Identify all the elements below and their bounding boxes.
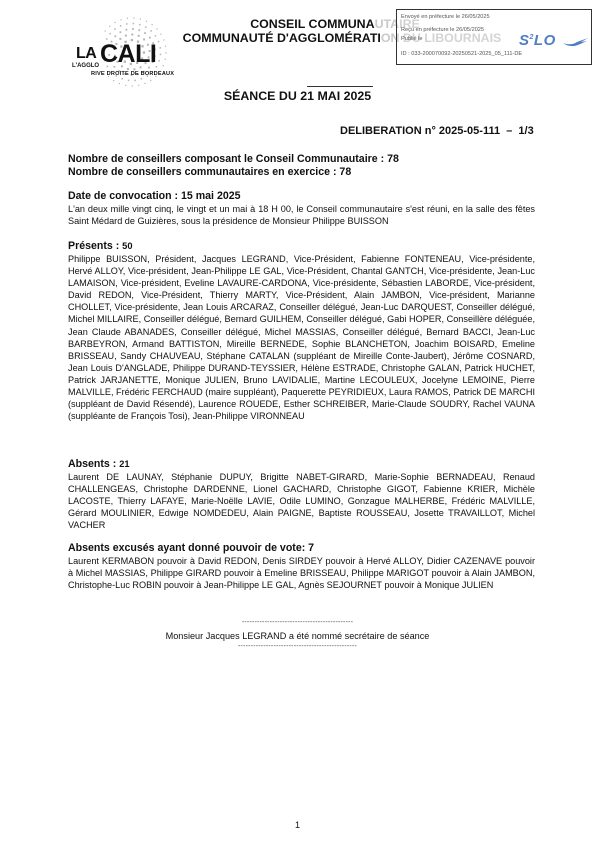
absents-list: Laurent DE LAUNAY, Stéphanie DUPUY, Brig… — [68, 471, 535, 531]
separator-bottom: ----------------------------------------… — [0, 643, 595, 650]
presents-heading: Présents : 50 — [68, 240, 133, 252]
presents-label: Présents : — [68, 240, 122, 252]
deliberation-number: DELIBERATION n° 2025-05-111 – 1/3 — [340, 125, 534, 137]
count-composant: Nombre de conseillers composant le Conse… — [68, 153, 399, 165]
presents-count: 50 — [122, 241, 132, 251]
stamp-published: Publié le — [401, 36, 422, 42]
excuses-list: Laurent KERMABON pouvoir à David REDON, … — [68, 555, 535, 591]
page-number: 1 — [0, 820, 595, 830]
separator-top: ----------------------------------------… — [0, 619, 595, 626]
header-line2-text: COMMUNAUTÉ D'AGGLOMÉRATI — [183, 31, 381, 45]
logo-la: LA — [76, 45, 96, 63]
presents-list: Philippe BUISSON, Président, Jacques LEG… — [68, 253, 535, 422]
stamp-sent: Envoyé en préfecture le 26/05/2025 — [401, 14, 490, 20]
logo-tagline: RIVE DROITE DE BORDEAUX — [91, 71, 174, 77]
absents-count: 21 — [119, 459, 129, 469]
secretary-text: Monsieur Jacques LEGRAND a été nommé sec… — [0, 631, 595, 641]
seance-title: SÉANCE DU 21 MAI 2025 — [0, 89, 595, 103]
absents-heading: Absents : 21 — [68, 458, 130, 470]
header-line1-text: CONSEIL COMMUNA — [250, 17, 374, 31]
la-cali-logo: LA CALI L'AGGLO RIVE DROITE DE BORDEAUX — [66, 12, 176, 88]
s2low-logo: S2LO — [519, 32, 556, 49]
convocation-heading: Date de convocation : 15 mai 2025 — [68, 190, 241, 202]
s2low-wing-icon — [563, 37, 589, 47]
stamp-received: Reçu en préfecture le 26/05/2025 — [401, 27, 484, 33]
logo-agglo: L'AGGLO — [72, 63, 99, 69]
title-rule — [307, 86, 373, 87]
excuses-heading: Absents excusés ayant donné pouvoir de v… — [68, 542, 314, 554]
stamp-id: ID : 033-200070092-20250521-2025_05_111-… — [401, 51, 522, 57]
absents-label: Absents : — [68, 458, 119, 470]
prefecture-stamp: Envoyé en préfecture le 26/05/2025 Reçu … — [396, 9, 592, 65]
count-exercice: Nombre de conseillers communautaires en … — [68, 166, 351, 178]
convocation-text: L'an deux mille vingt cinq, le vingt et … — [68, 203, 535, 227]
logo-cali: CALI — [100, 40, 156, 69]
